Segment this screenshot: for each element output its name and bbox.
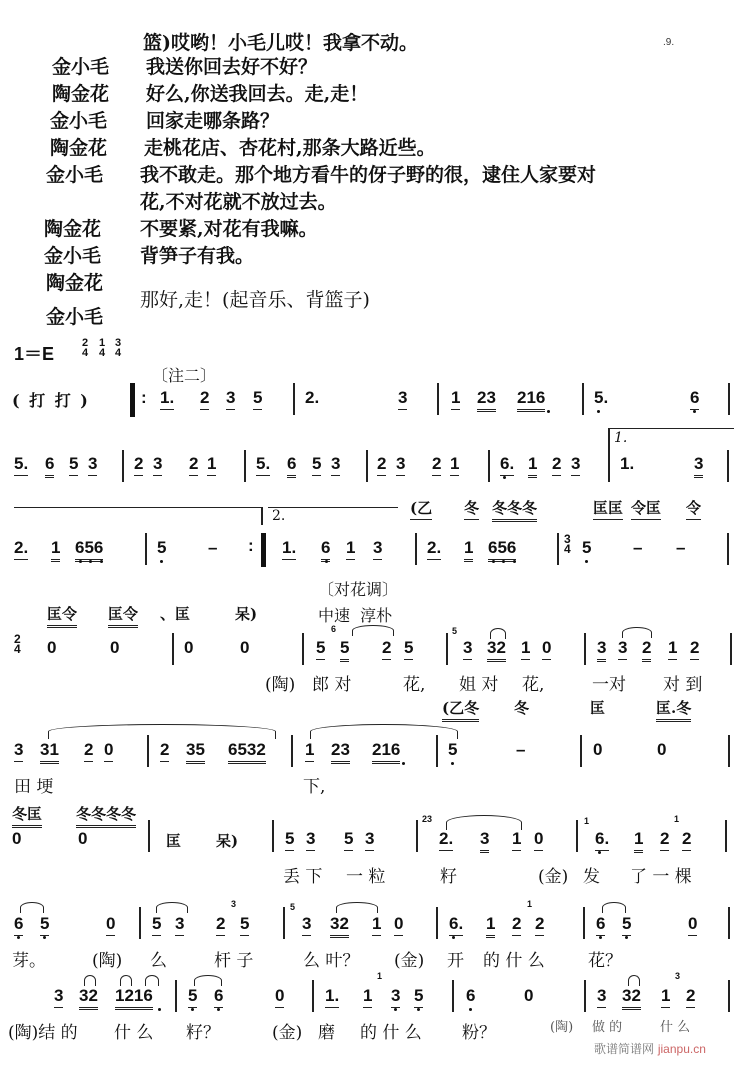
percussion-syllable: (乙 — [410, 497, 432, 520]
annotation-note2: 〔注二〕 — [152, 363, 216, 386]
note: 1 — [363, 986, 372, 1008]
percussion-syllable: 冬 — [464, 497, 479, 520]
barline — [293, 383, 295, 415]
note: 6 — [596, 914, 605, 936]
note: 5. — [14, 454, 28, 476]
note: 6. — [595, 829, 609, 851]
low-octave-dot — [100, 560, 103, 563]
note: 0 — [524, 986, 533, 1006]
lyric: 姐 对 — [459, 670, 498, 695]
percussion-syllable: 冬冬冬冬 — [76, 803, 136, 828]
volta-label-2: 2. — [272, 508, 285, 524]
barline — [436, 907, 438, 939]
barline — [416, 820, 418, 852]
lyric: (陶) — [92, 946, 122, 971]
note: 0 — [542, 638, 551, 660]
note: 6 — [45, 454, 54, 478]
note: – — [676, 538, 685, 558]
percussion-intro: ( 打 打 ) — [12, 388, 90, 411]
note: 2 — [84, 740, 93, 762]
percussion-syllable: 匡 — [590, 697, 605, 718]
note: 6532 — [228, 740, 266, 764]
note: 0 — [275, 986, 284, 1008]
percussion-syllable: 冬冬冬 — [492, 497, 537, 522]
grace-note: 1 — [527, 900, 532, 909]
low-octave-dot — [89, 560, 92, 563]
note: 5 — [622, 914, 631, 936]
low-octave-dot — [191, 1008, 194, 1011]
note: 23 — [331, 740, 350, 764]
dialogue-line: 走桃花店、杏花村,那条大路近些。 — [144, 133, 436, 160]
low-octave-dot — [160, 560, 163, 563]
note: 2 — [432, 454, 441, 476]
low-octave-dot — [502, 560, 505, 563]
lyric: 么 — [150, 946, 167, 971]
note: 5 — [253, 388, 262, 410]
note: 3 — [463, 638, 472, 660]
note: 31 — [40, 740, 59, 764]
grace-note: 3 — [231, 900, 236, 909]
barline — [580, 735, 582, 767]
grace-note: 3 — [675, 972, 680, 981]
low-octave-dot — [158, 1008, 161, 1011]
volta-1-end — [261, 507, 263, 525]
lyric: 田 埂 — [14, 772, 53, 797]
note: 3 — [331, 454, 340, 476]
lyric: 什 么 — [114, 1018, 153, 1043]
slur — [622, 627, 652, 638]
lyric: 籽 — [440, 862, 457, 887]
note: 5 — [312, 454, 321, 476]
barline — [582, 383, 584, 415]
speaker-label: 金小毛 — [46, 160, 103, 187]
time-signature: 14 — [99, 338, 105, 358]
grace-note: 5 — [452, 627, 457, 636]
repeat-dots: : — [141, 388, 147, 408]
note: 3 — [54, 986, 63, 1008]
barline — [415, 533, 417, 565]
note: 1 — [464, 538, 473, 562]
barline — [302, 633, 304, 665]
note: 0 — [47, 638, 56, 658]
note: 3 — [694, 454, 703, 478]
slur — [490, 628, 506, 639]
low-octave-dot — [17, 936, 20, 939]
watermark: 歌谱简谱网 jianpu.cn — [594, 1040, 706, 1057]
barline — [584, 633, 586, 665]
slur — [446, 815, 522, 830]
note: 0 — [240, 638, 249, 658]
barline — [608, 428, 610, 482]
slur — [84, 975, 96, 986]
note: 6. — [449, 914, 463, 936]
barline — [584, 980, 586, 1012]
barline — [366, 450, 368, 482]
low-octave-dot — [402, 762, 405, 765]
dialogue-line: 花,不对花就不放过去。 — [140, 187, 337, 214]
barline — [437, 383, 439, 415]
note: 0 — [184, 638, 193, 658]
note: 5 — [285, 829, 294, 851]
barline — [244, 450, 246, 482]
barline — [175, 980, 177, 1012]
grace-note: 6 — [331, 625, 336, 634]
note: 2 — [682, 829, 691, 851]
low-octave-dot — [217, 1008, 220, 1011]
barline — [728, 383, 730, 415]
note: 3 — [175, 914, 184, 936]
lyric: (陶) — [265, 670, 295, 695]
note: – — [516, 740, 525, 760]
note: 2 — [686, 986, 695, 1008]
speaker-label: 金小毛 — [44, 241, 101, 268]
slur — [48, 724, 276, 739]
lyric: 芽。 — [12, 946, 46, 971]
note: 0 — [394, 914, 403, 936]
lyric: 郎 对 — [312, 670, 351, 695]
barline — [147, 735, 149, 767]
note: 3 — [302, 914, 311, 936]
note: 5 — [316, 638, 325, 660]
barline — [139, 907, 141, 939]
note: 6 — [321, 538, 330, 562]
note: 5 — [40, 914, 49, 936]
barline — [576, 820, 578, 852]
note: 2 — [382, 638, 391, 660]
slur — [20, 902, 44, 913]
percussion-syllable: 匡.冬 — [656, 697, 691, 722]
note: 5. — [256, 454, 270, 476]
lyric: 花, — [522, 670, 544, 695]
note: 5 — [344, 829, 353, 851]
percussion-syllable: 冬匡 — [12, 803, 42, 828]
note: 2 — [535, 914, 544, 936]
note: 5 — [152, 914, 161, 936]
note: 2 — [189, 454, 198, 476]
grace-note: 1 — [584, 817, 589, 826]
time-signature: 34 — [115, 338, 121, 358]
note: 6 — [690, 388, 699, 410]
note: 3 — [14, 740, 23, 762]
note: 2. — [427, 538, 441, 560]
lyric: 一 粒 — [346, 862, 385, 887]
dialogue-line: 那好,走！(起音乐、背篮子) — [140, 285, 370, 312]
low-octave-dot — [625, 936, 628, 939]
low-octave-dot — [452, 936, 455, 939]
note: 1 — [661, 986, 670, 1008]
note: 3 — [153, 454, 162, 476]
barline — [145, 533, 147, 565]
note: 5 — [69, 454, 78, 476]
percussion-syllable: 匡令 — [108, 603, 138, 628]
low-octave-dot — [325, 560, 328, 563]
note: 6 — [14, 914, 23, 936]
note: 3 — [88, 454, 97, 476]
lyric: 花？ — [588, 946, 622, 971]
speaker-label: 金小毛 — [50, 106, 107, 133]
lyric: 籽？ — [186, 1018, 220, 1043]
barline — [727, 533, 729, 565]
barline — [725, 820, 727, 852]
slur — [628, 975, 640, 986]
note: 2 — [134, 454, 143, 476]
note: 5 — [240, 914, 249, 936]
speaker-label: 陶金花 — [46, 268, 103, 295]
low-octave-dot — [597, 410, 600, 413]
watermark-site: jianpu.cn — [658, 1042, 706, 1056]
volta-label-1: 1. — [614, 430, 627, 446]
speaker-label: 陶金花 — [50, 133, 107, 160]
time-signature: 24 — [14, 634, 21, 654]
barline — [446, 633, 448, 665]
note: 2 — [690, 638, 699, 660]
grace-note: 1 — [377, 972, 382, 981]
note: 656 — [488, 538, 516, 562]
note: 2 — [160, 740, 169, 762]
note: 2 — [377, 454, 386, 476]
low-octave-dot — [693, 410, 696, 413]
lyric: 了 一 棵 — [630, 862, 692, 887]
note: 1 — [372, 914, 381, 936]
percussion-syllable: 呆) — [235, 603, 257, 624]
barline — [452, 980, 454, 1012]
low-octave-dot — [585, 560, 588, 563]
speaker-label: 陶金花 — [44, 214, 101, 241]
lyric: (金) — [272, 1018, 302, 1043]
grace-note: 5 — [290, 903, 295, 912]
note: 5 — [188, 986, 197, 1008]
barline — [727, 450, 729, 482]
lyric: 做 的 — [592, 1016, 622, 1035]
note: 1 — [486, 914, 495, 938]
note: 1. — [325, 986, 339, 1008]
dialogue-line: 好么,你送我回去。走,走！ — [146, 79, 368, 106]
slur — [156, 902, 188, 913]
slur — [336, 902, 378, 913]
low-octave-dot — [503, 476, 506, 479]
note: 2 — [200, 388, 209, 410]
lyric: (陶)结 的 — [8, 1018, 78, 1043]
low-octave-dot — [79, 560, 82, 563]
grace-note: 1 — [674, 815, 679, 824]
barline — [728, 735, 730, 767]
note: 2. — [439, 829, 453, 851]
time-signature: 24 — [82, 338, 88, 358]
barline — [557, 533, 559, 565]
slur — [602, 902, 626, 913]
lyric: 什 么 — [660, 1016, 690, 1035]
note: 1. — [620, 454, 634, 474]
barline — [272, 820, 274, 852]
percussion-syllable: 匡匡 — [593, 497, 623, 520]
note: 2 — [660, 829, 669, 851]
barline — [728, 980, 730, 1012]
note: 1 — [528, 454, 537, 478]
percussion-syllable: 匡令 — [47, 603, 77, 628]
barline — [172, 633, 174, 665]
note: 656 — [75, 538, 103, 562]
dialogue-line: 不要紧,对花有我嘛。 — [140, 214, 318, 241]
barline — [312, 980, 314, 1012]
note: 0 — [688, 914, 697, 936]
barline — [728, 907, 730, 939]
dialogue-line: 我不敢走。那个地方看牛的伢子野的很，逮住人家要对 — [140, 160, 596, 187]
time-signature-change: 34 — [564, 534, 571, 554]
low-octave-dot — [547, 410, 550, 413]
note: 5 — [448, 740, 457, 760]
barline — [283, 907, 285, 939]
note: 1 — [51, 538, 60, 562]
note: 1 — [450, 454, 459, 476]
dialogue-line: 篮)哎哟！小毛儿哎！我拿不动。 — [143, 28, 418, 55]
note: 1216 — [115, 986, 153, 1010]
note: 32 — [79, 986, 98, 1010]
note: 3 — [398, 388, 407, 410]
grace-note: 23 — [422, 815, 432, 824]
low-octave-dot — [598, 851, 601, 854]
lyric: 粉？ — [462, 1018, 496, 1043]
lyric: 的 什 么 — [483, 946, 545, 971]
note: 5. — [594, 388, 608, 408]
note: 35 — [186, 740, 205, 764]
speaker-label: 金小毛 — [46, 302, 103, 329]
note: 0 — [593, 740, 602, 760]
note: 3 — [373, 538, 382, 560]
note: 0 — [534, 829, 543, 851]
low-octave-dot — [451, 762, 454, 765]
note: 6. — [500, 454, 514, 476]
dialogue-line: 回家走哪条路？ — [146, 106, 279, 133]
note: 3 — [396, 454, 405, 476]
note: 5 — [340, 638, 349, 662]
note: 3 — [571, 454, 580, 476]
note: 1. — [160, 388, 174, 410]
note: 1 — [512, 829, 521, 851]
note: 1 — [634, 829, 643, 853]
note: 1 — [207, 454, 216, 476]
barline — [148, 820, 150, 852]
lyric: 一对 — [592, 670, 626, 695]
note: – — [208, 538, 217, 558]
note: 0 — [78, 829, 87, 849]
volta-bracket-2 — [268, 507, 398, 508]
lyric: (陶) — [550, 1016, 573, 1035]
percussion-syllable: 呆) — [216, 830, 238, 851]
dialogue-line: 背笋子有我。 — [140, 241, 254, 268]
note: 5 — [157, 538, 166, 558]
lyric: 花, — [403, 670, 425, 695]
note: 1 — [451, 388, 460, 410]
percussion-syllable: 、匡 — [160, 603, 190, 624]
note: 1 — [346, 538, 355, 560]
note: 1 — [668, 638, 677, 660]
tune-name: 〔对花调〕 — [318, 577, 398, 600]
low-octave-dot — [43, 936, 46, 939]
barline — [583, 907, 585, 939]
key-signature: 1＝E — [14, 340, 54, 366]
volta-bracket-1 — [608, 428, 734, 429]
page-number: .9. — [663, 37, 674, 48]
note: 6 — [287, 454, 296, 478]
note: 3 — [226, 388, 235, 410]
note: 3 — [480, 829, 489, 853]
note: 0 — [110, 638, 119, 658]
barline — [730, 633, 732, 665]
low-octave-dot — [394, 1008, 397, 1011]
lyric: (金) — [538, 862, 568, 887]
speaker-label: 金小毛 — [52, 52, 109, 79]
note: 23 — [477, 388, 496, 412]
note: 0 — [104, 740, 113, 762]
watermark-cn: 歌谱简谱网 — [594, 1042, 654, 1056]
repeat-dots: : — [248, 536, 254, 556]
speaker-label: 陶金花 — [52, 79, 109, 106]
note: 32 — [330, 914, 349, 938]
barline — [488, 450, 490, 482]
low-octave-dot — [513, 560, 516, 563]
note: 0 — [657, 740, 666, 760]
lyric: 对 到 — [663, 670, 702, 695]
note: 1 — [521, 638, 530, 660]
tempo-marking: 中速 淳朴 — [318, 603, 392, 626]
slur — [352, 625, 394, 636]
lyric: 开 — [447, 946, 464, 971]
low-octave-dot — [417, 1008, 420, 1011]
note: 2 — [642, 638, 651, 662]
slur — [145, 975, 159, 986]
note: 2 — [552, 454, 561, 476]
lyric: 发 — [583, 862, 600, 887]
lyric: (金) — [394, 946, 424, 971]
repeat-start-barline — [130, 383, 135, 417]
percussion-syllable: 令 — [686, 497, 701, 520]
note: 2. — [14, 538, 28, 560]
barline — [436, 735, 438, 767]
note: 0 — [106, 914, 115, 936]
low-octave-dot — [469, 1008, 472, 1011]
dialogue-line: 我送你回去好不好？ — [146, 52, 317, 79]
note: 5 — [582, 538, 591, 558]
lyric: 下, — [303, 772, 325, 797]
note: 1 — [305, 740, 314, 762]
note: 3 — [391, 986, 400, 1008]
barline — [291, 735, 293, 767]
percussion-syllable: 冬 — [514, 697, 529, 718]
lyric: 丢 下 — [283, 862, 322, 887]
slur — [194, 975, 222, 986]
note: 5 — [404, 638, 413, 660]
barline — [122, 450, 124, 482]
slur — [120, 975, 132, 986]
note: 216 — [372, 740, 400, 764]
percussion-syllable: 令匡 — [631, 497, 661, 520]
note: 3 — [618, 638, 627, 660]
note: 3 — [365, 829, 374, 851]
percussion-syllable: (乙冬 — [442, 697, 479, 722]
lyric: 的 什 么 — [360, 1018, 422, 1043]
lyric: 么 叶？ — [303, 946, 359, 971]
note: 3 — [306, 829, 315, 851]
low-octave-dot — [599, 936, 602, 939]
note: 216 — [517, 388, 545, 412]
volta-1-continuation — [14, 507, 262, 508]
note: 3 — [597, 986, 606, 1008]
note: 2 — [512, 914, 521, 936]
note: 0 — [12, 829, 21, 849]
note: 2. — [305, 388, 319, 408]
note: 32 — [487, 638, 506, 662]
note: 32 — [622, 986, 641, 1010]
